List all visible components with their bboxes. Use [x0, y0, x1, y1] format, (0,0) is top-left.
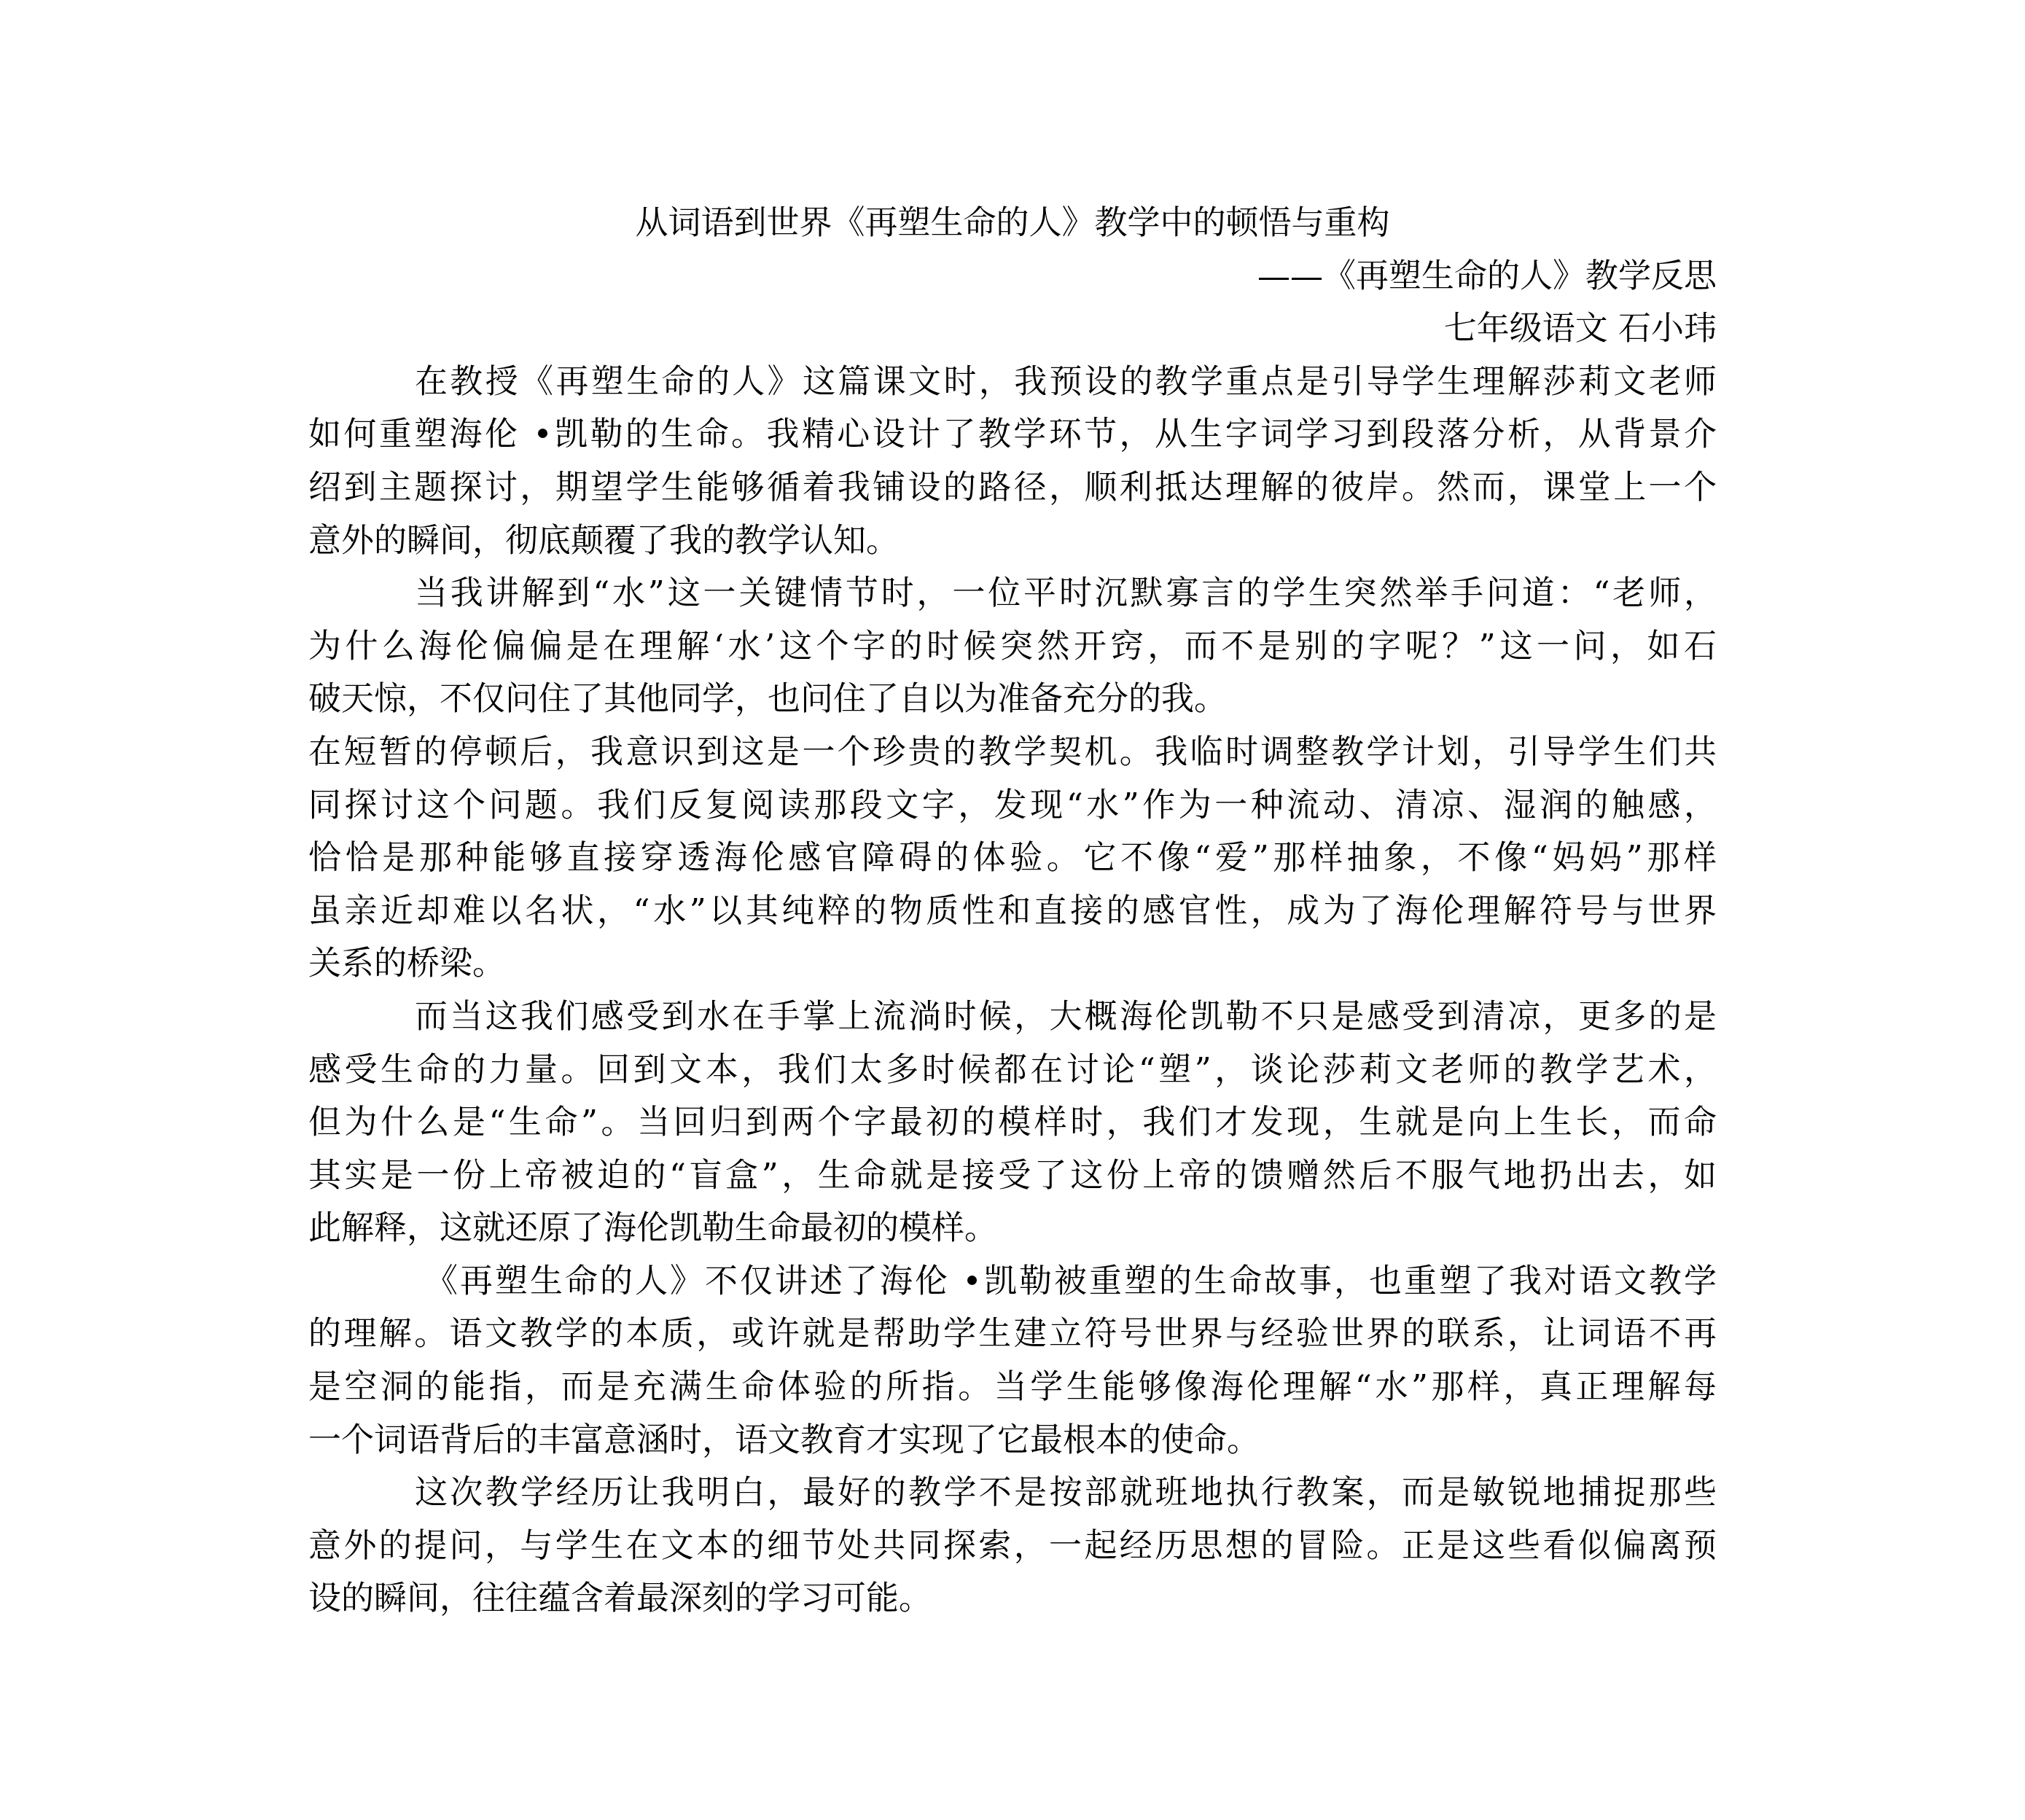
paragraph-line: 为什么海伦偏偏是在理解‘水’这个字的时候突然开窍，而不是别的字呢？”这一问，如石: [308, 620, 1717, 673]
paragraph-line: 是空洞的能指，而是充满生命体验的所指。当学生能够像海伦理解“水”那样，真正理解每: [308, 1361, 1717, 1414]
document-page: 从词语到世界《再塑生命的人》教学中的顿悟与重构 ——《再塑生命的人》教学反思 七…: [308, 197, 1717, 1625]
paragraph-line: 的理解。语文教学的本质，或许就是帮助学生建立符号世界与经验世界的联系，让词语不再: [308, 1308, 1717, 1361]
paragraph-line: 破天惊，不仅问住了其他同学，也问住了自以为准备充分的我。: [308, 673, 1717, 726]
paragraph-line: 绍到主题探讨，期望学生能够循着我铺设的路径，顺利抵达理解的彼岸。然而，课堂上一个: [308, 461, 1717, 515]
paragraph-line: 其实是一份上帝被迫的“盲盒”，生命就是接受了这份上帝的馈赠然后不服气地扔出去，如: [308, 1149, 1717, 1203]
author-line: 七年级语文 石小玮: [308, 302, 1717, 356]
paragraph-line: 但为什么是“生命”。当回归到两个字最初的模样时，我们才发现，生就是向上生长，而命: [308, 1096, 1717, 1149]
paragraph-line: 同探讨这个问题。我们反复阅读那段文字，发现“水”作为一种流动、清凉、湿润的触感，: [308, 779, 1717, 832]
paragraph-line: 如何重塑海伦 •凯勒的生命。我精心设计了教学环节，从生字词学习到段落分析，从背景…: [308, 408, 1717, 461]
document-title: 从词语到世界《再塑生命的人》教学中的顿悟与重构: [308, 197, 1717, 250]
paragraph-line: 而当这我们感受到水在手掌上流淌时候，大概海伦凯勒不只是感受到清凉，更多的是: [308, 991, 1717, 1044]
paragraph-line: 此解释，这就还原了海伦凯勒生命最初的模样。: [308, 1202, 1717, 1255]
paragraph-line: 《再塑生命的人》不仅讲述了海伦 •凯勒被重塑的生命故事，也重塑了我对语文教学: [308, 1255, 1717, 1308]
document-subtitle: ——《再塑生命的人》教学反思: [308, 250, 1717, 303]
paragraph-line: 在教授《再塑生命的人》这篇课文时，我预设的教学重点是引导学生理解莎莉文老师: [308, 356, 1717, 409]
paragraph-1: 在教授《再塑生命的人》这篇课文时，我预设的教学重点是引导学生理解莎莉文老师 如何…: [308, 356, 1717, 567]
paragraph-line: 当我讲解到“水”这一关键情节时，一位平时沉默寡言的学生突然举手问道：“老师，: [308, 567, 1717, 620]
paragraph-4: 而当这我们感受到水在手掌上流淌时候，大概海伦凯勒不只是感受到清凉，更多的是 感受…: [308, 991, 1717, 1255]
paragraph-line: 这次教学经历让我明白，最好的教学不是按部就班地执行教案，而是敏锐地捕捉那些: [308, 1466, 1717, 1520]
paragraph-3: 在短暂的停顿后，我意识到这是一个珍贵的教学契机。我临时调整教学计划，引导学生们共…: [308, 726, 1717, 991]
paragraph-2: 当我讲解到“水”这一关键情节时，一位平时沉默寡言的学生突然举手问道：“老师， 为…: [308, 567, 1717, 726]
paragraph-line: 在短暂的停顿后，我意识到这是一个珍贵的教学契机。我临时调整教学计划，引导学生们共: [308, 726, 1717, 779]
paragraph-line: 感受生命的力量。回到文本，我们太多时候都在讨论“塑”，谈论莎莉文老师的教学艺术，: [308, 1044, 1717, 1097]
paragraph-line: 虽亲近却难以名状，“水”以其纯粹的物质性和直接的感官性，成为了海伦理解符号与世界: [308, 885, 1717, 938]
paragraph-line: 意外的提问，与学生在文本的细节处共同探索，一起经历思想的冒险。正是这些看似偏离预: [308, 1520, 1717, 1573]
paragraph-5: 《再塑生命的人》不仅讲述了海伦 •凯勒被重塑的生命故事，也重塑了我对语文教学 的…: [308, 1255, 1717, 1466]
paragraph-line: 设的瞬间，往往蕴含着最深刻的学习可能。: [308, 1572, 1717, 1625]
paragraph-line: 意外的瞬间，彻底颠覆了我的教学认知。: [308, 515, 1717, 568]
paragraph-line: 一个词语背后的丰富意涵时，语文教育才实现了它最根本的使命。: [308, 1414, 1717, 1467]
paragraph-line: 恰恰是那种能够直接穿透海伦感官障碍的体验。它不像“爱”那样抽象，不像“妈妈”那样: [308, 832, 1717, 885]
paragraph-line: 关系的桥梁。: [308, 937, 1717, 991]
paragraph-6: 这次教学经历让我明白，最好的教学不是按部就班地执行教案，而是敏锐地捕捉那些 意外…: [308, 1466, 1717, 1625]
